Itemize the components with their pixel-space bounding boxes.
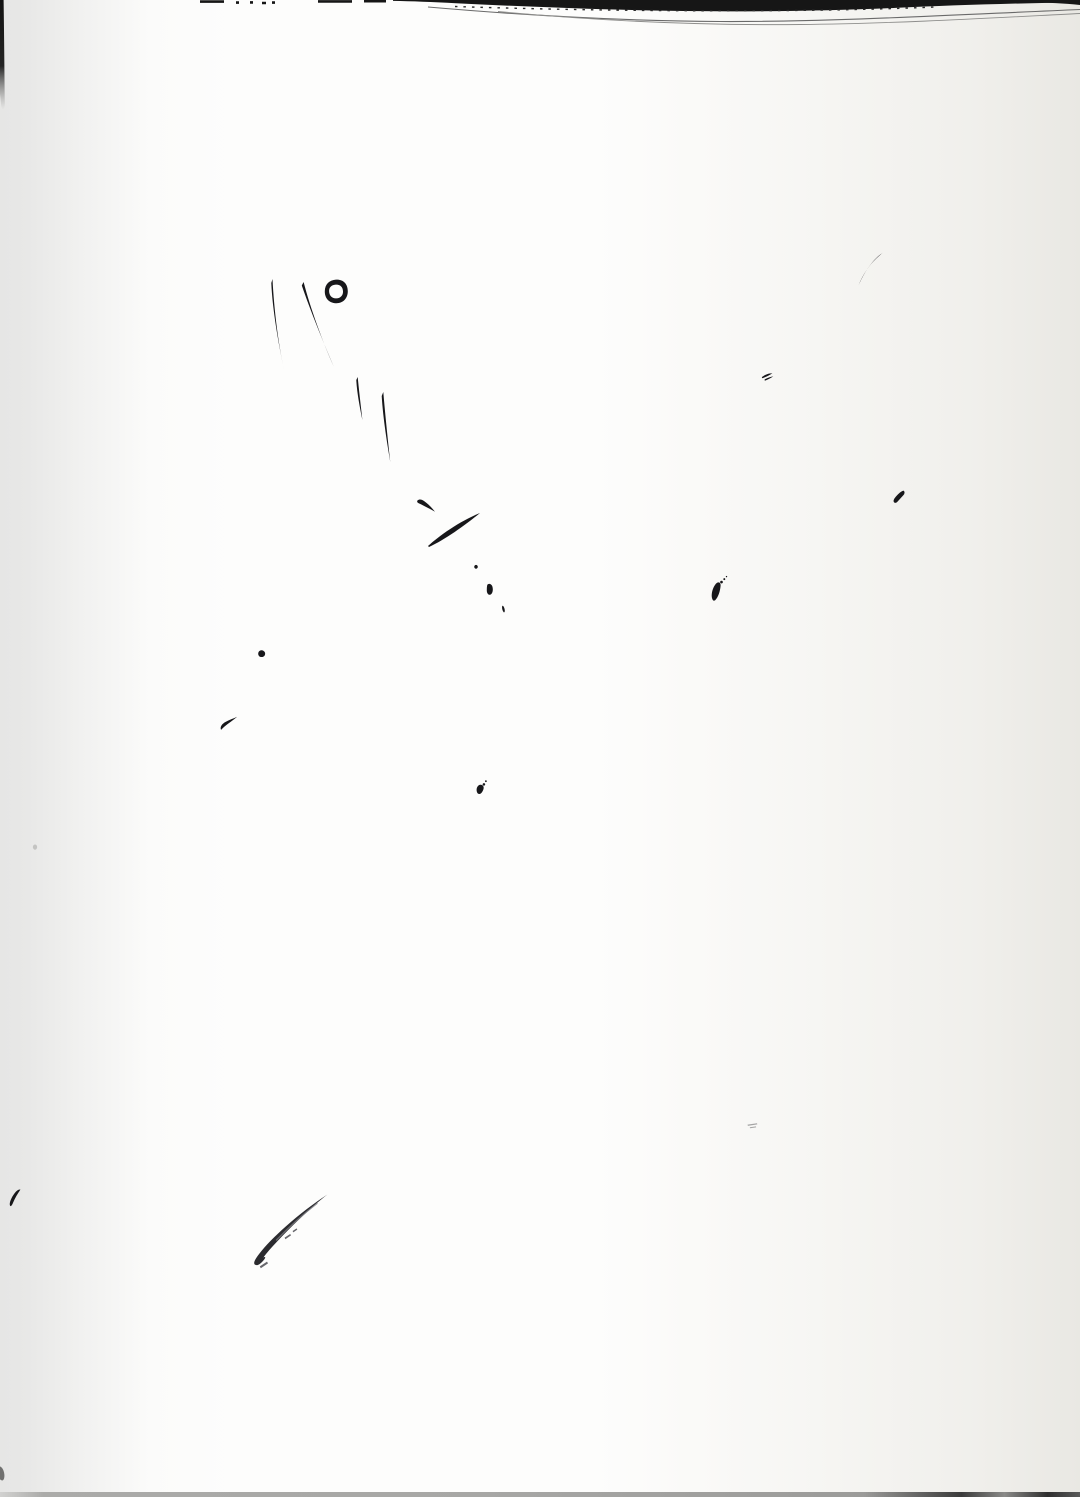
ink-dash-2 bbox=[502, 606, 505, 613]
ink-ring bbox=[325, 280, 348, 304]
page-edge-dashes bbox=[200, 1, 386, 3]
ink-smear-body bbox=[254, 1194, 327, 1265]
scanned-page bbox=[0, 0, 1080, 1497]
ink-blob-1 bbox=[487, 584, 493, 595]
faint-speck bbox=[33, 845, 37, 850]
ink-dot-2 bbox=[258, 650, 265, 657]
scan-artifacts-layer bbox=[0, 0, 1080, 1497]
book-page-edges bbox=[0, 0, 1080, 1480]
gutter-edge-line bbox=[0, 0, 5, 110]
ink-smear-streak bbox=[277, 1204, 318, 1241]
pen-stroke-4 bbox=[382, 392, 391, 462]
scan-bottom-edge bbox=[0, 1492, 1080, 1497]
pen-stroke-1 bbox=[271, 279, 284, 369]
edge-dash bbox=[10, 1190, 21, 1207]
left-edge-notch bbox=[0, 1467, 4, 1481]
ink-dash-1 bbox=[417, 499, 435, 511]
ink-comma bbox=[221, 717, 238, 730]
ink-tadpole-2 bbox=[477, 780, 487, 794]
ink-marks bbox=[10, 253, 905, 1269]
pen-stroke-5 bbox=[428, 513, 480, 547]
pen-stroke-6 bbox=[859, 253, 884, 286]
ink-dot-1 bbox=[474, 565, 478, 569]
faint-dash bbox=[748, 1123, 758, 1128]
pen-stroke-3 bbox=[356, 377, 362, 420]
page-edge-band bbox=[393, 0, 1080, 11]
ink-tadpole-1 bbox=[712, 576, 727, 601]
ink-squiggle bbox=[762, 373, 774, 381]
ink-dash-3 bbox=[894, 491, 905, 503]
